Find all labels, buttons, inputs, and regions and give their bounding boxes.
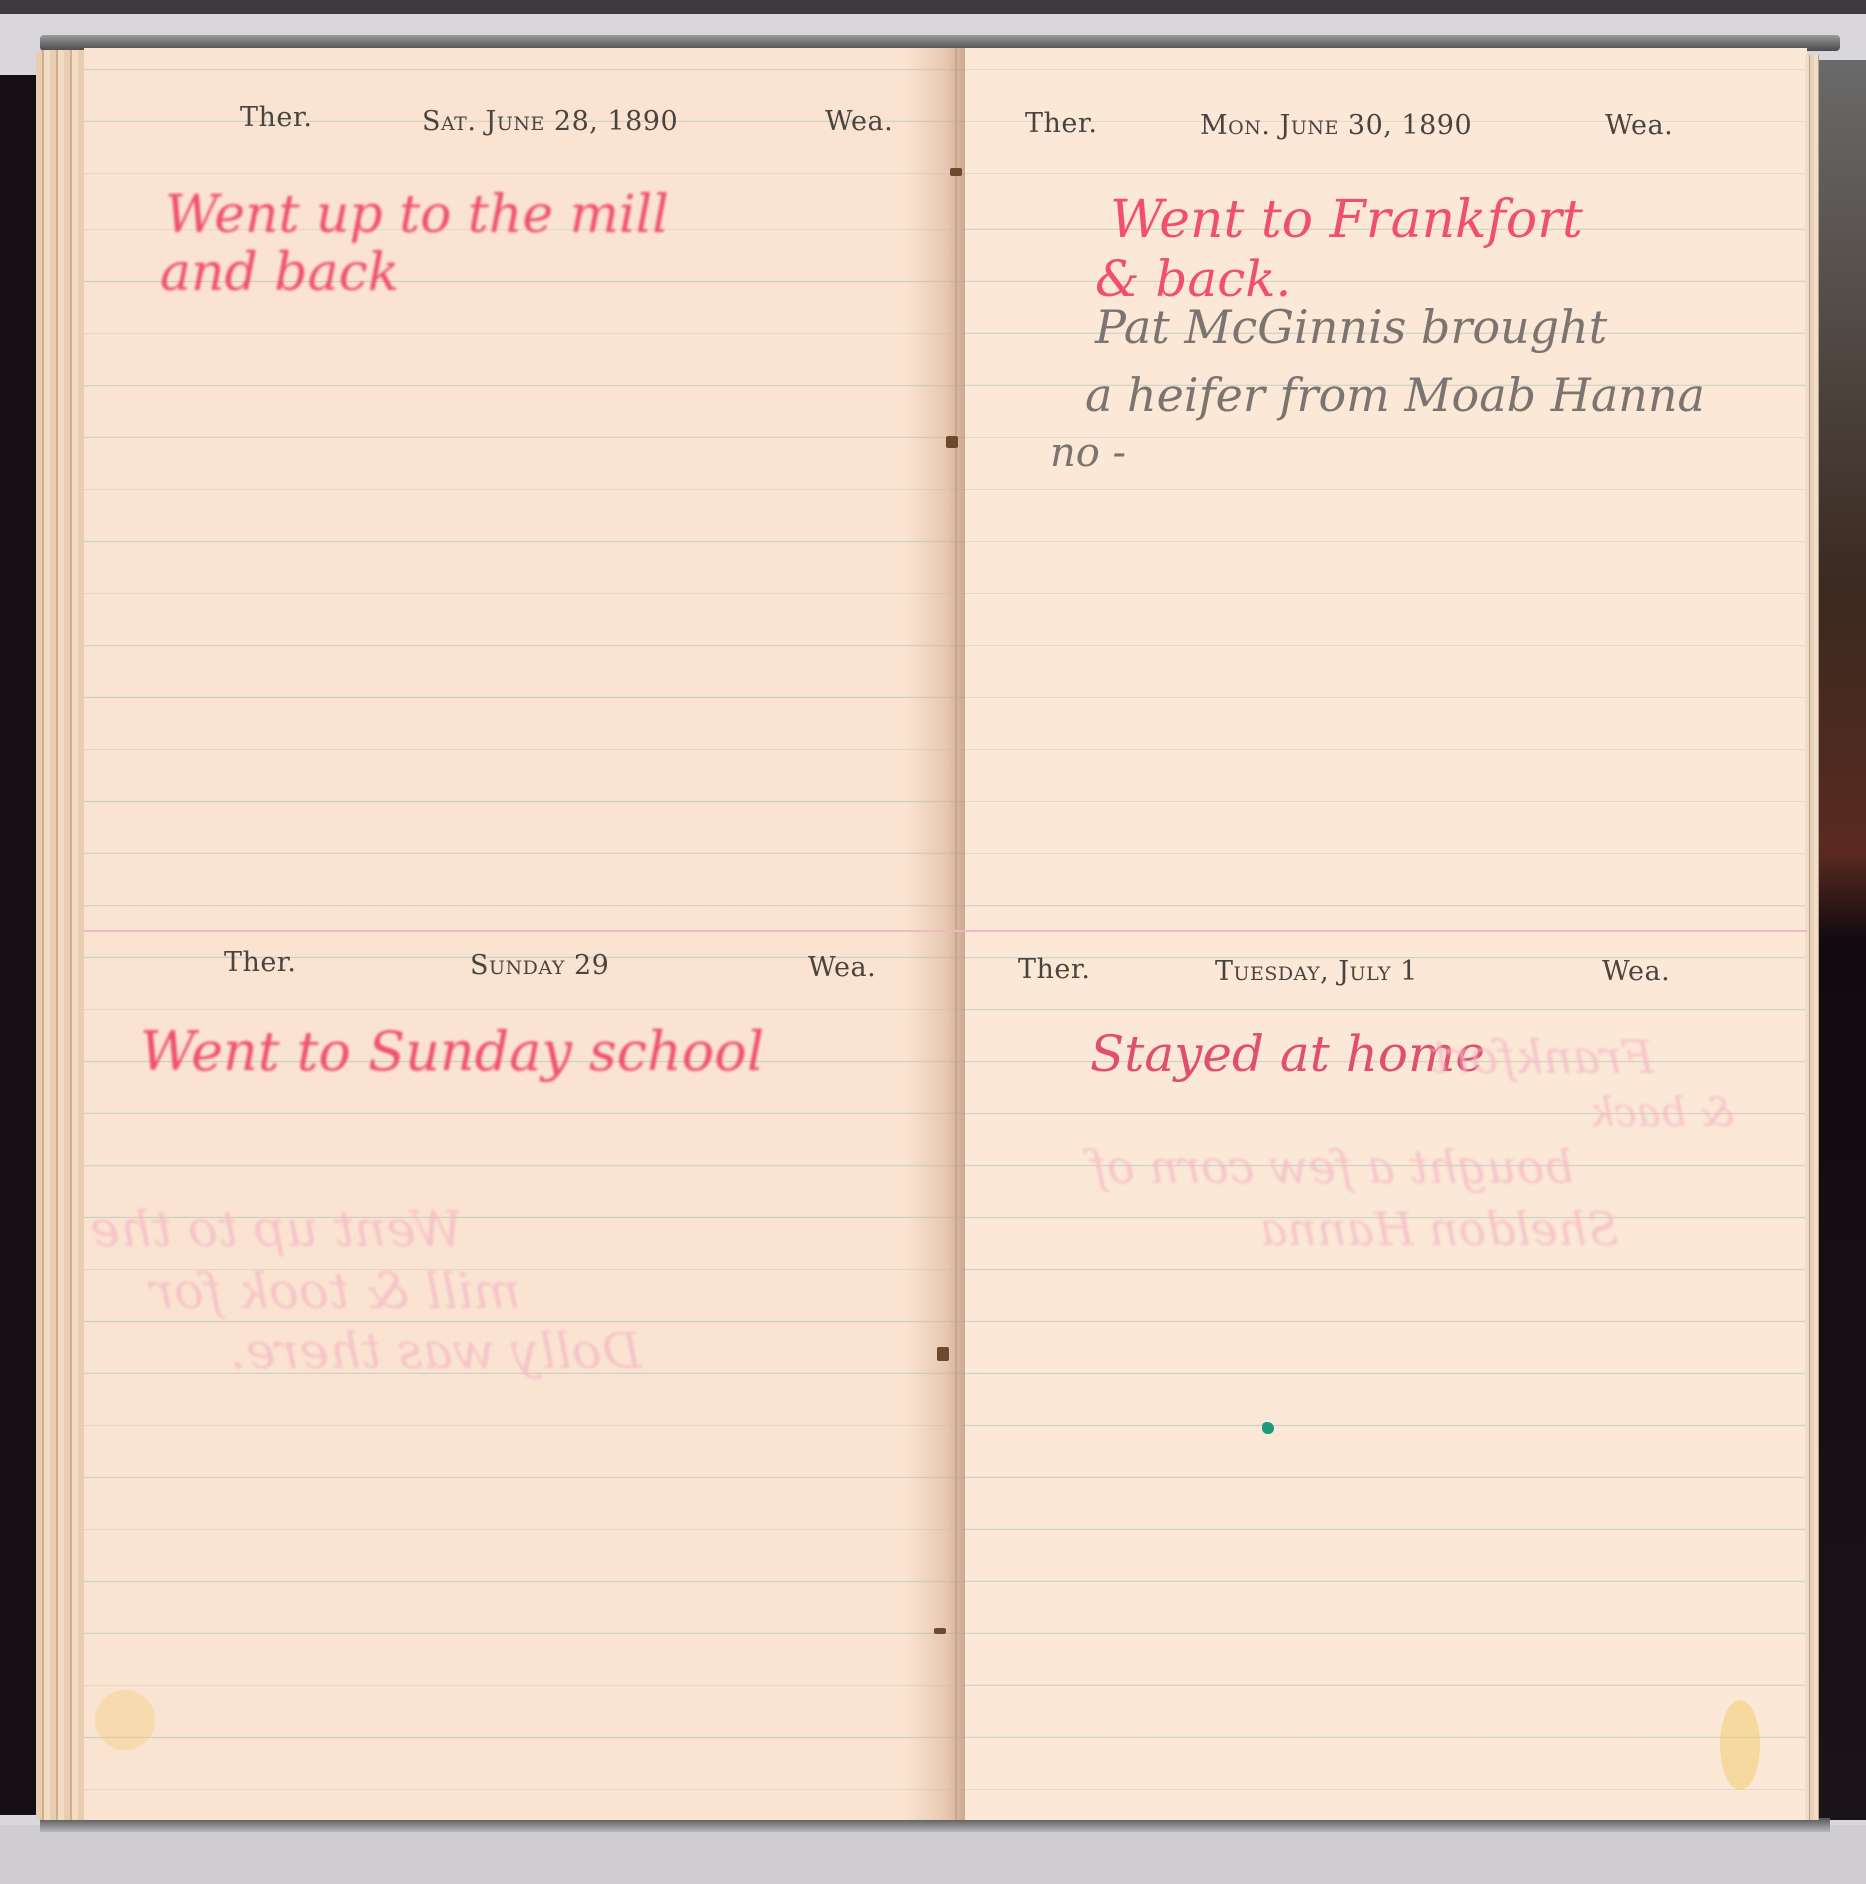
pencil-note-line: no - (1050, 430, 1126, 476)
binding-stitch (950, 168, 962, 176)
pencil-note-line: Pat McGinnis brought (1095, 300, 1607, 354)
offset-ghost-line: mill & took for (150, 1262, 521, 1320)
entry-date: Tuesday, July 1 (1215, 956, 1418, 987)
book-bottom-edge (40, 1818, 1830, 1832)
handwritten-line: Stayed at home (1090, 1025, 1485, 1083)
wea-label: Wea. (825, 106, 893, 137)
binding-stitch (937, 1347, 949, 1361)
wea-label: Wea. (1605, 110, 1673, 141)
page-stack-right (1805, 55, 1819, 1820)
wea-label: Wea. (808, 952, 876, 983)
ther-label: Ther. (1018, 954, 1090, 985)
day-divider-left (84, 930, 962, 932)
book-cover-right (1815, 60, 1866, 1820)
water-stain (1720, 1700, 1760, 1790)
spine-fold (955, 48, 957, 1820)
entry-date: Sunday 29 (470, 950, 609, 981)
offset-ghost-line: Sheldon Hanna (1260, 1202, 1619, 1256)
offset-ghost-line: Dolly was there. (230, 1322, 642, 1380)
ther-label: Ther. (1025, 108, 1097, 139)
offset-ghost-line: bought a few corn of (1090, 1140, 1574, 1194)
handwritten-line: and back (160, 243, 399, 303)
entry-date: Mon. June 30, 1890 (1200, 110, 1472, 141)
binding-stitch (934, 1628, 946, 1634)
water-stain (95, 1690, 155, 1750)
green-ink-spot (1262, 1422, 1274, 1434)
binding-stitch (946, 436, 958, 448)
day-divider-right (962, 930, 1807, 932)
wea-label: Wea. (1602, 956, 1670, 987)
entry-date: Sat. June 28, 1890 (422, 106, 678, 137)
pencil-note-line: a heifer from Moab Hanna (1085, 368, 1705, 422)
handwritten-line: Went to Sunday school (140, 1020, 764, 1083)
ther-label: Ther. (240, 102, 312, 133)
left-page (84, 48, 962, 1820)
offset-ghost-line: Went up to the (90, 1200, 463, 1258)
handwritten-line: Went up to the mill (165, 185, 669, 245)
page-stack-left (36, 50, 86, 1820)
ther-label: Ther. (224, 947, 296, 978)
handwritten-line: Went to Frankfort (1110, 190, 1583, 250)
book-cover-left (0, 75, 36, 1815)
offset-ghost-line: & back (1590, 1090, 1734, 1136)
offset-ghost-line: Frankfort (1430, 1030, 1654, 1084)
